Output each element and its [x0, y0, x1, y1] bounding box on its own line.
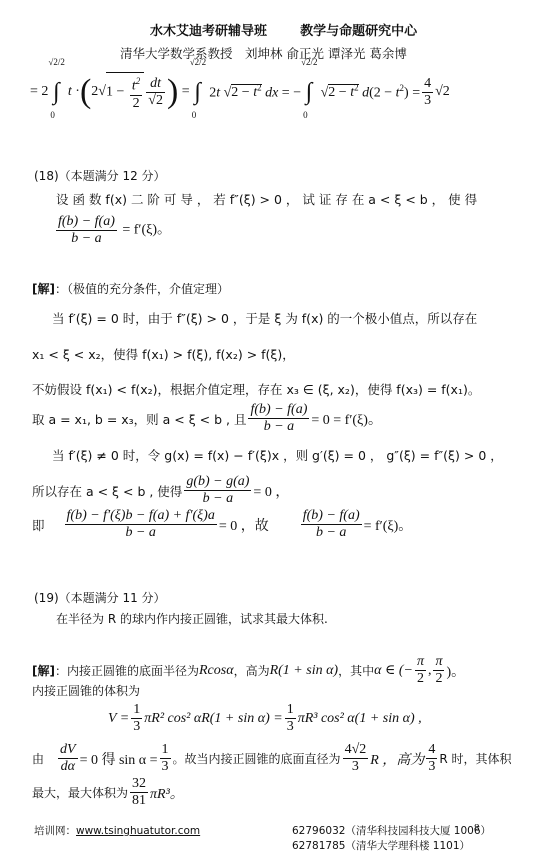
solution-18-line-7: 即 f(b) − f′(ξ)b − f(a) + f′(ξ)ab − a = 0…	[32, 508, 412, 541]
integral-3: ∫√2/20	[301, 79, 317, 106]
problem-19-statement: 在半径为 R 的球内作内接正圆锥，试求其最大体积.	[56, 610, 328, 627]
solution-19-max-line: 最大，最大体积为 3281 πR³。	[32, 776, 184, 809]
problem-18-heading: (18)（本题满分 12 分）	[34, 167, 166, 184]
header-title: 水木艾迪考研辅导班 教学与命题研究中心	[150, 20, 417, 39]
solution-label: [解]	[32, 662, 55, 679]
header-title-right: 教学与命题研究中心	[300, 24, 417, 39]
solution-18-line-4: 取 a = x₁, b = x₃，则 a < ξ < b , 且 f(b) − …	[32, 402, 382, 435]
integral-1: ∫√2/20	[48, 79, 64, 106]
footer-phone-2: 62781785（清华大学理科楼 1101）	[292, 838, 470, 853]
solution-18-line-3: 不妨假设 f(x₁) < f(x₂)，根据介值定理，存在 x₃ ∈ (ξ, x₂…	[32, 380, 480, 398]
page-number: 8	[474, 822, 480, 834]
header-title-left: 水木艾迪考研辅导班	[150, 24, 267, 39]
volume-equation: V = 13 πR² cos² αR(1 + sin α) = 13 πR³ c…	[108, 702, 422, 735]
top-equation: = 2 ∫√2/20 t · ( 2√1 − t22 dt√2 ) = ∫√2/…	[30, 62, 450, 122]
solution-18-line-1: 当 f′(ξ) = 0 时，由于 f″(ξ) > 0 ，于是 ξ 为 f(x) …	[52, 309, 477, 327]
solution-18-heading: [解]：（极值的充分条件，介值定理）	[32, 280, 229, 297]
solution-19-derivative-line: 由 dVdα = 0 得 sin α = 13 。故当内接正圆锥的底面直径为 4…	[32, 742, 511, 775]
footer-website: 培训网：www.tsinghuatutor.com	[34, 823, 200, 838]
solution-18-line-5: 当 f′(ξ) ≠ 0 时，令 g(x) = f(x) − f′(ξ)x ，则 …	[52, 446, 503, 464]
solution-label: [解]	[32, 282, 55, 296]
problem-18-statement-eq: f(b) − f(a)b − a = f′(ξ)。	[54, 214, 171, 247]
problem-19-heading: (19)（本题满分 11 分）	[34, 589, 166, 606]
footer-phone-1: 62796032（清华科技园科技大厦 1006）	[292, 823, 491, 838]
website-link[interactable]: www.tsinghuatutor.com	[76, 825, 200, 837]
header-subtitle: 清华大学数学系教授 刘坤林 俞正光 谭泽光 葛余博	[120, 44, 407, 62]
integral-2: ∫√2/20	[190, 79, 206, 106]
solution-18-line-6: 所以存在 a < ξ < b , 使得 g(b) − g(a)b − a = 0…	[32, 474, 289, 507]
solution-19-line-2: 内接正圆锥的体积为	[32, 682, 140, 699]
problem-18-statement: 设 函 数 f(x) 二 阶 可 导 ， 若 f″(ξ) > 0 ， 试 证 存…	[56, 190, 477, 208]
solution-18-line-2: x₁ < ξ < x₂，使得 f(x₁) > f(ξ), f(x₂) > f(ξ…	[32, 345, 295, 363]
